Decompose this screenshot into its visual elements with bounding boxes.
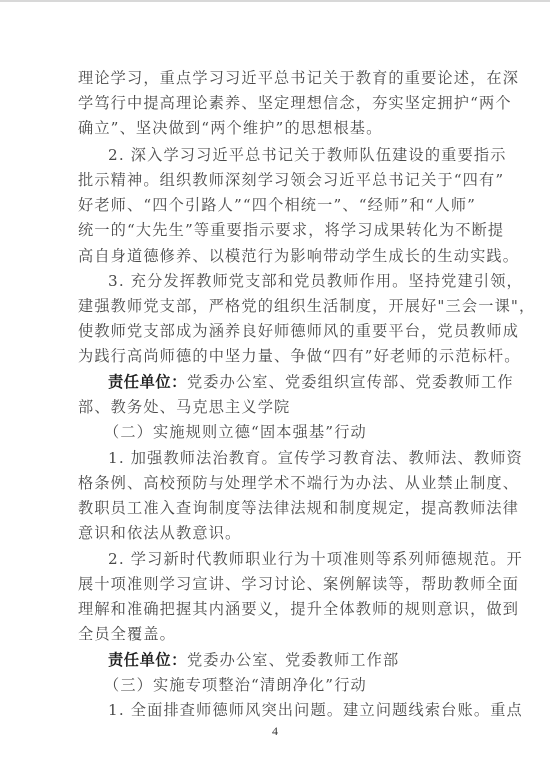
responsible-units-label: 责任单位：: [108, 373, 187, 391]
responsible-units-text: 党委办公室、党委教师工作部: [187, 651, 399, 669]
paragraph-line: 2. 深入学习习近平总书记关于教师队伍建设的重要指示: [108, 143, 473, 168]
paragraph-line: 好老师、“四个引路人”“四个相统一”、“经师”和“人师”: [78, 193, 473, 218]
responsible-units-line: 责任单位：党委办公室、党委教师工作部: [108, 648, 473, 673]
document-page: 理论学习，重点学习习近平总书记关于教育的重要论述，在深 学笃行中提高理论素养、坚…: [0, 0, 550, 781]
paragraph-line: 理解和准确把握其内涵要义，提升全体教师的规则意识，做到: [78, 597, 473, 622]
page-number: 4: [268, 724, 282, 739]
section-heading: （二）实施规则立德“固本强基”行动: [104, 420, 499, 445]
paragraph-line: 1. 全面排查师德师风突出问题。建立问题线索台账。重点: [108, 698, 473, 723]
paragraph-line: 高自身道德修养、以模范行为影响带动学生成长的生动实践。: [78, 244, 473, 269]
responsible-units-line: 责任单位：党委办公室、党委组织宣传部、党委教师工作: [108, 370, 473, 395]
paragraph-line: 部、教务处、马克思主义学院: [78, 395, 473, 420]
paragraph-line: 确立”、坚决做到“两个维护”的思想根基。: [78, 116, 473, 141]
paragraph-line: 理论学习，重点学习习近平总书记关于教育的重要论述，在深: [78, 66, 473, 91]
paragraph-line: 格条例、高校预防与处理学术不端行为办法、从业禁止制度、: [78, 471, 473, 496]
paragraph-line: 教职员工准入查询制度等法律法规和制度规定，提高教师法律: [78, 496, 473, 521]
paragraph-line: 使教师党支部成为涵养良好师德师风的重要平台，党员教师成: [78, 319, 473, 344]
paragraph-line: 全员全覆盖。: [78, 622, 473, 647]
paragraph-line: 批示精神。组织教师深刻学习领会习近平总书记关于“四有”: [78, 168, 473, 193]
paragraph-line: 学笃行中提高理论素养、坚定理想信念，夯实坚定拥护“两个: [78, 91, 473, 116]
paragraph-line: 为践行高尚师德的中坚力量、争做“四有”好老师的示范标杆。: [78, 344, 473, 369]
paragraph-line: 2. 学习新时代教师职业行为十项准则等系列师德规范。开: [108, 547, 473, 572]
paragraph-line: 展十项准则学习宣讲、学习讨论、案例解读等，帮助教师全面: [78, 572, 473, 597]
paragraph-line: 意识和依法从教意识。: [78, 521, 473, 546]
paragraph-line: 建强教师党支部，严格党的组织生活制度，开展好"三会一课"，: [78, 294, 473, 319]
section-heading: （三）实施专项整治“清朗净化”行动: [104, 673, 499, 698]
responsible-units-label: 责任单位：: [108, 651, 187, 669]
paragraph-line: 3. 充分发挥教师党支部和党员教师作用。坚持党建引领，: [108, 269, 473, 294]
responsible-units-text: 党委办公室、党委组织宣传部、党委教师工作: [187, 373, 514, 391]
paragraph-line: 1. 加强教师法治教育。宣传学习教育法、教师法、教师资: [108, 446, 473, 471]
paragraph-line: 统一的“大先生”等重要指示要求，将学习成果转化为不断提: [78, 218, 473, 243]
